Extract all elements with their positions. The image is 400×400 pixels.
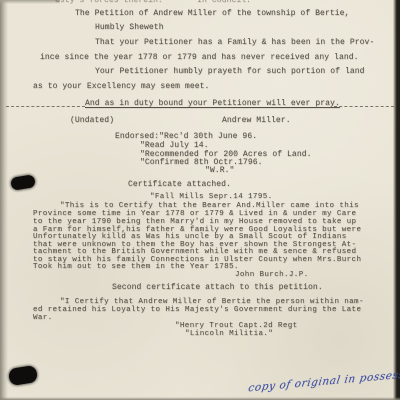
endorsement-line: "Confirmed 8th Octr.1796. [140, 158, 263, 167]
petition-line: The Petition of Andrew Miller of the tow… [75, 9, 349, 18]
ruled-dash-line [6, 106, 85, 107]
scan-edge-right [393, 0, 400, 400]
binding-hole-mark [8, 365, 38, 386]
scanned-petition-document: esty's forces therein." In Council. The … [0, 0, 400, 400]
certificate-line: Took him out to see them in the Year 178… [33, 263, 239, 272]
petition-line: Your Petitioner humbly prayeth for such … [95, 67, 365, 76]
endorsement-line: Endorsed:"Rec'd 30th June 96. [115, 132, 257, 141]
ruled-dash-line [334, 106, 394, 107]
petition-line: Humbly Sheweth [95, 23, 164, 32]
endorsement-line: "Read July 14. [140, 141, 209, 150]
petition-line: as to your Excellency may seem meet. [33, 82, 209, 91]
certificate-dateline: "Fall Mills Sepr.14 1795. [150, 193, 273, 202]
endorsement-line: "W.R." [205, 166, 234, 175]
handwritten-archivist-note: copy of original in possession [247, 366, 400, 395]
certificate-attached-note: Certificate attached. [128, 180, 231, 189]
petition-prayer-line: And as in duty bound your Petitioner wil… [85, 99, 340, 108]
petition-top-partial-line: esty's forces therein." In Council. [55, 0, 251, 5]
second-certificate-heading: Second certificate attach to this petiti… [112, 283, 323, 292]
binding-hole-mark [10, 174, 36, 191]
certificate-signer: John Burch.J.P. [235, 271, 309, 280]
scan-edge-left [0, 0, 8, 400]
scan-edge-top [0, 0, 60, 4]
petitioner-signature: Andrew Miller. [222, 116, 291, 125]
petition-line: ince since the year 1778 or 1779 and has… [40, 53, 359, 62]
petition-line: That your Petitioner has a Family & has … [95, 38, 374, 47]
certificate-line: ed retained his Loyalty to His Majesty's… [33, 306, 361, 315]
certificate-signer: "Lincoln Militia." [185, 330, 273, 339]
certificate-line: War. [33, 314, 53, 323]
undated-note: (Undated) [70, 116, 114, 125]
